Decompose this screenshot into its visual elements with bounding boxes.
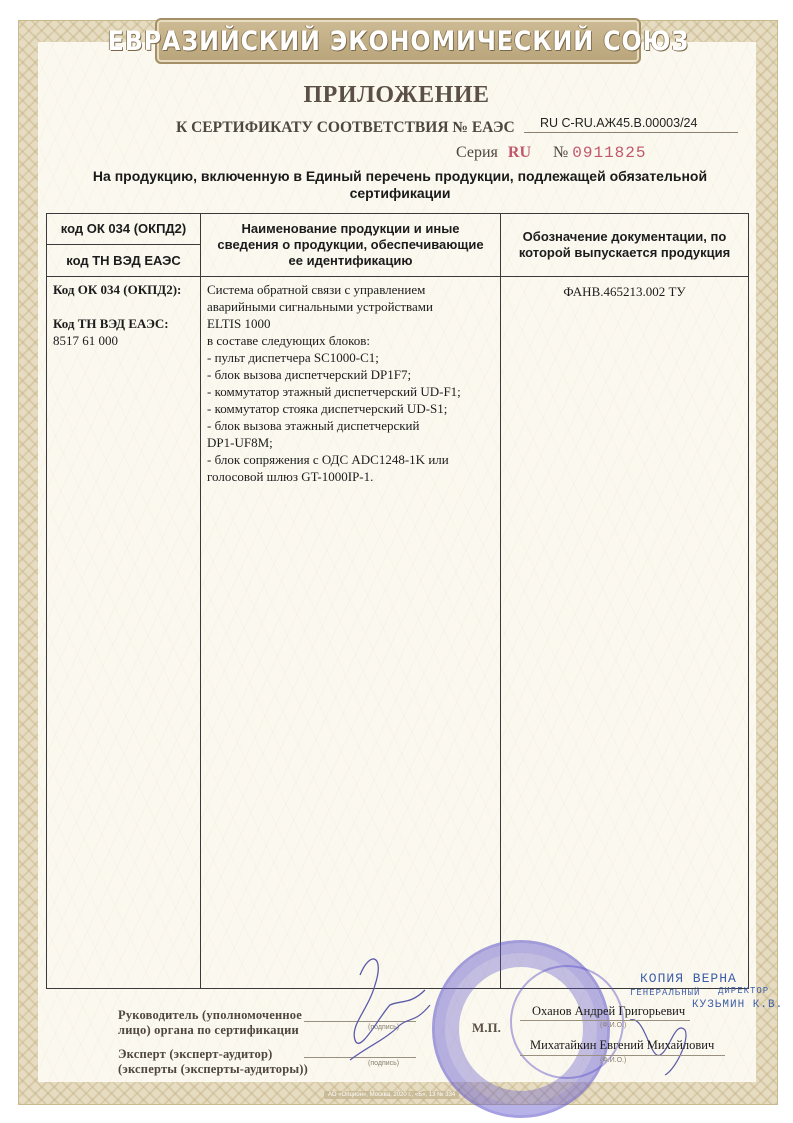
expert-label: Эксперт (эксперт-аудитор) (эксперты (экс… — [118, 1047, 308, 1077]
copy-stamp-name: КУЗЬМИН К.В. — [692, 999, 783, 1011]
tnved-label: Код ТН ВЭД ЕАЭС: — [53, 315, 194, 332]
description-line: голосовой шлюз GT-1000IP-1. — [207, 468, 494, 485]
form-number: 0911825 — [572, 144, 646, 162]
description-line: - блок вызова этажный диспетчерский — [207, 417, 494, 434]
printer-imprint: АО «Опцион», Москва, 2020 г., «Б», 13 № … — [324, 1091, 459, 1099]
table-row: Код ОК 034 (ОКПД2): Код ТН ВЭД ЕАЭС: 851… — [47, 277, 749, 989]
series-line: Серия RU № 0911825 — [456, 144, 646, 162]
description-line: - коммутатор этажный диспетчерский UD-F1… — [207, 383, 494, 400]
header-documentation: Обозначение документации, по которой вып… — [501, 214, 749, 277]
documentation-cell: ФАНВ.465213.002 ТУ — [501, 277, 749, 989]
head-fio-hint: (Ф.И.О.) — [600, 1022, 626, 1029]
description-line: аварийными сигнальными устройствами — [207, 298, 494, 315]
head-fio-line — [520, 1020, 690, 1021]
copy-stamp-title: КОПИЯ ВЕРНА — [640, 971, 737, 986]
page-title: ПРИЛОЖЕНИЕ — [0, 82, 793, 109]
certificate-number: RU C-RU.АЖ45.В.00003/24 — [524, 116, 738, 133]
certificate-subtitle: К СЕРТИФИКАТУ СООТВЕТСТВИЯ № ЕАЭС — [176, 119, 515, 137]
copy-stamp-director: ДИРЕКТОР — [718, 986, 769, 996]
series-label: Серия — [456, 144, 498, 161]
description-line: в составе следующих блоков: — [207, 332, 494, 349]
banner-text: ЕВРАЗИЙСКИЙ ЭКОНОМИЧЕСКИЙ СОЮЗ — [107, 26, 689, 57]
description-line: DP1-UF8M; — [207, 434, 494, 451]
description-line: - пульт диспетчера SC1000-C1; — [207, 349, 494, 366]
description-cell: Система обратной связи с управлением ава… — [201, 277, 501, 989]
description-line: - коммутатор стояка диспетчерский UD-S1; — [207, 400, 494, 417]
head-name: Оханов Андрей Григорьевич — [532, 1004, 685, 1019]
expert-name: Михатайкин Евгений Михайлович — [530, 1038, 714, 1053]
series-value: RU — [508, 144, 531, 161]
header-okpd2: код ОК 034 (ОКПД2) — [47, 214, 201, 245]
copy-stamp-position: ГЕНЕРАЛЬНЫЙ — [630, 988, 700, 998]
number-label: № — [553, 144, 568, 161]
expert-fio-line — [520, 1055, 725, 1056]
signature-handwritten — [330, 945, 440, 1075]
description-line: - блок сопряжения с ОДС ADC1248-1K или — [207, 451, 494, 468]
head-label: Руководитель (уполномоченное лицо) орган… — [118, 1008, 302, 1038]
product-list-heading: На продукцию, включенную в Единый перече… — [60, 168, 740, 202]
expert-fio-hint: (Ф.И.О.) — [600, 1057, 626, 1064]
description-line: ELTIS 1000 — [207, 315, 494, 332]
tnved-value: 8517 61 000 — [53, 333, 118, 348]
table-header-row: код ОК 034 (ОКПД2) Наименование продукци… — [47, 214, 749, 245]
description-line: Система обратной связи с управлением — [207, 281, 494, 298]
header-product-name: Наименование продукции и иные сведения о… — [201, 214, 501, 277]
header-tnved: код ТН ВЭД ЕАЭС — [47, 245, 201, 277]
eaeu-banner: ЕВРАЗИЙСКИЙ ЭКОНОМИЧЕСКИЙ СОЮЗ — [155, 18, 641, 64]
products-table: код ОК 034 (ОКПД2) Наименование продукци… — [46, 213, 749, 989]
seal-label: М.П. — [472, 1020, 501, 1036]
description-line: - блок вызова диспетчерский DP1F7; — [207, 366, 494, 383]
okpd2-label: Код ОК 034 (ОКПД2): — [53, 281, 194, 298]
codes-cell: Код ОК 034 (ОКПД2): Код ТН ВЭД ЕАЭС: 851… — [47, 277, 201, 989]
